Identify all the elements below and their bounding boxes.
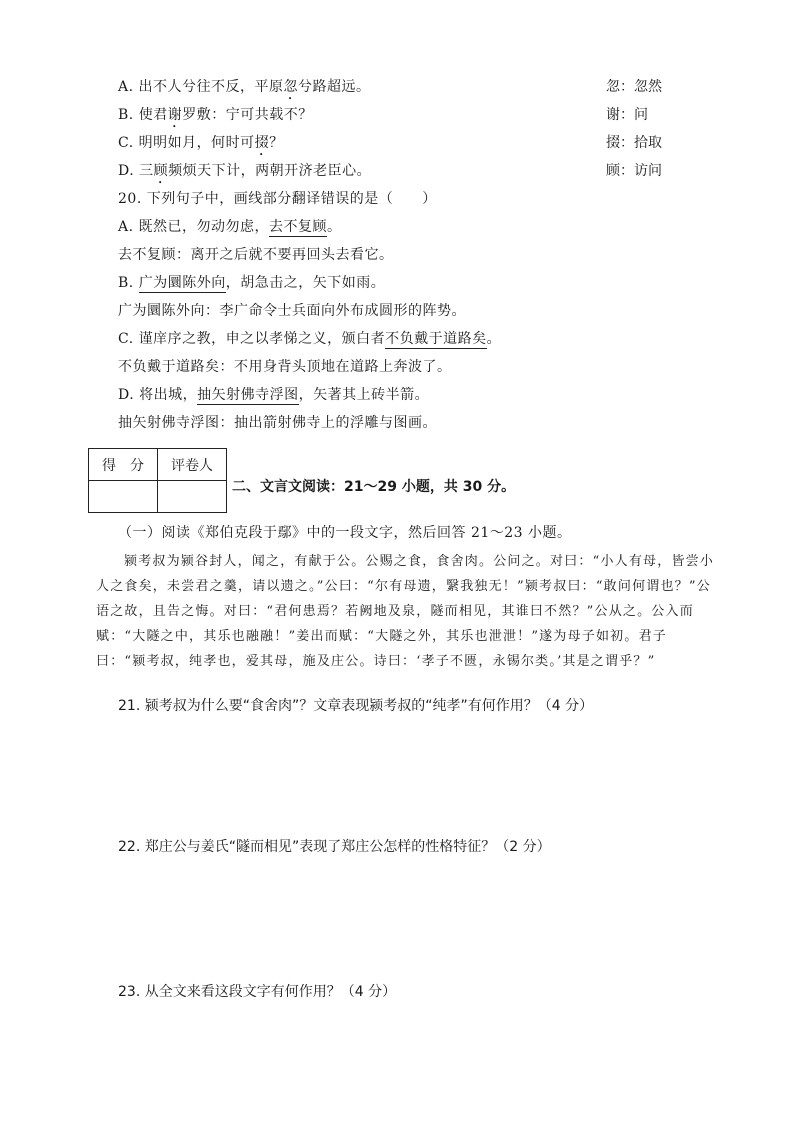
answer-area-23[interactable] <box>118 1008 718 1128</box>
q19-option-b: B. 使君谢罗敷：宁可共载不？ <box>118 106 313 131</box>
q19-option-a: A. 出不人兮往不反，平原忽兮路超远。 <box>118 78 371 103</box>
answer-area-22[interactable] <box>118 862 718 972</box>
q20-translation-d: 抽矢射佛寺浮图：抽出箭射佛寺上的浮雕与图画。 <box>118 414 437 432</box>
q20-stem: 20. 下列句子中，画线部分翻译错误的是（ ） <box>118 190 437 208</box>
grader-cell[interactable] <box>158 481 227 513</box>
grader-header: 评卷人 <box>158 449 227 481</box>
section-title: 二、文言文阅读：21～29 小题，共 30 分。 <box>232 476 515 496</box>
q19-gloss-a: 忽：忽然 <box>606 78 662 96</box>
question-22: 22. 郑庄公与姜氏“隧而相见”表现了郑庄公怎样的性格特征？（2 分） <box>118 838 551 856</box>
score-table: 得 分 评卷人 <box>88 448 227 513</box>
passage-text: 颍考叔为颍谷封人，闻之，有献于公。公赐之食，食舍肉。公问之。对曰：“小人有母，皆… <box>96 549 716 674</box>
q20-option-d: D. 将出城，抽矢射佛寺浮图，矢著其上砖半箭。 <box>118 386 429 404</box>
q19-gloss-d: 顾：访问 <box>606 162 662 180</box>
q19-gloss-c: 掇：拾取 <box>606 134 662 152</box>
q19-option-c: C. 明明如月，何时可掇？ <box>118 134 284 159</box>
question-21: 21. 颍考叔为什么要“食舍肉”？文章表现颍考叔的“纯孝”有何作用？（4 分） <box>118 697 593 715</box>
score-header: 得 分 <box>89 449 158 481</box>
q20-translation-a: 去不复顾：离开之后就不要再回头去看它。 <box>118 246 394 264</box>
q20-option-a: A. 既然已，勿动勿虑，去不复顾。 <box>118 218 342 236</box>
reading-intro: （一）阅读《郑伯克段于鄢》中的一段文字，然后回答 21～23 小题。 <box>118 524 572 542</box>
q20-option-b: B. 广为圜陈外向，胡急击之，矢下如雨。 <box>118 274 385 292</box>
q19-option-d: D. 三顾频烦天下计，两朝开济老臣心。 <box>118 162 371 187</box>
q19-gloss-b: 谢：问 <box>606 106 648 124</box>
score-cell[interactable] <box>89 481 158 513</box>
question-23: 23. 从全文来看这段文字有何作用？（4 分） <box>118 983 396 1001</box>
q20-option-c: C. 谨庠序之教，申之以孝悌之义，颁白者不负戴于道路矣。 <box>118 330 501 348</box>
answer-area-21[interactable] <box>118 722 718 827</box>
q20-translation-c: 不负戴于道路矣：不用身背头顶地在道路上奔波了。 <box>118 358 452 376</box>
reading-passage: 颍考叔为颍谷封人，闻之，有献于公。公赐之食，食舍肉。公问之。对曰：“小人有母，皆… <box>96 549 716 674</box>
q20-translation-b: 广为圜陈外向：李广命令士兵面向外布成圆形的阵势。 <box>118 302 466 320</box>
